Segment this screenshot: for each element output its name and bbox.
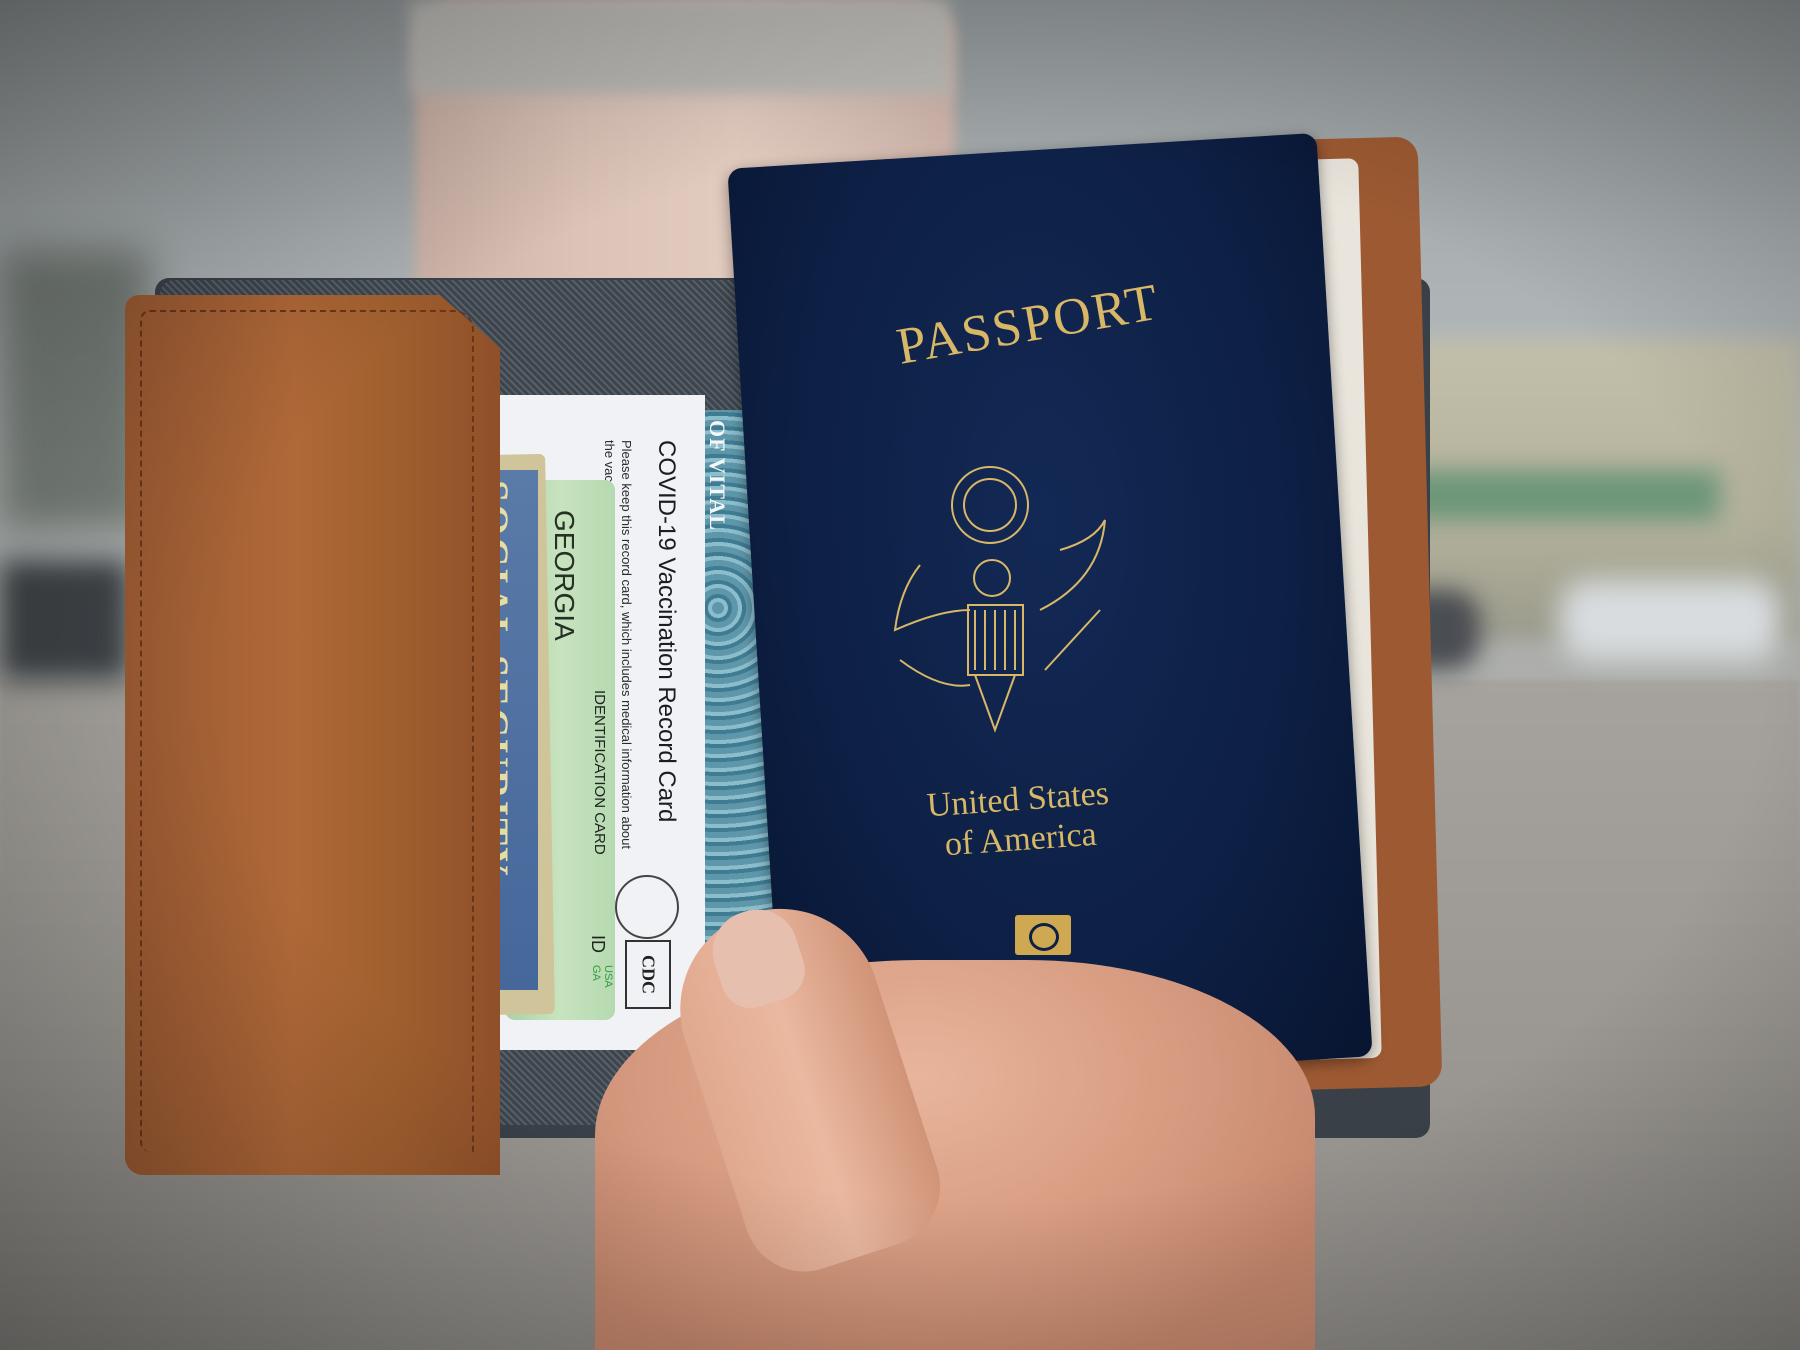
covid-card-title: COVID-19 Vaccination Record Card [630,440,680,840]
eagle-seal-icon [880,460,1130,740]
background-car-left [0,560,130,680]
cdc-logo-icon: CDC [625,940,671,1009]
passport-country: United States of America [892,771,1148,888]
biometric-chip-circle [1029,923,1059,951]
background-tower-top [410,0,950,95]
hhs-seal-icon [615,875,679,939]
pocket-stitching [140,310,474,1152]
georgia-usa-mark: USA GA [590,965,614,1005]
background-car-white [1560,580,1780,660]
